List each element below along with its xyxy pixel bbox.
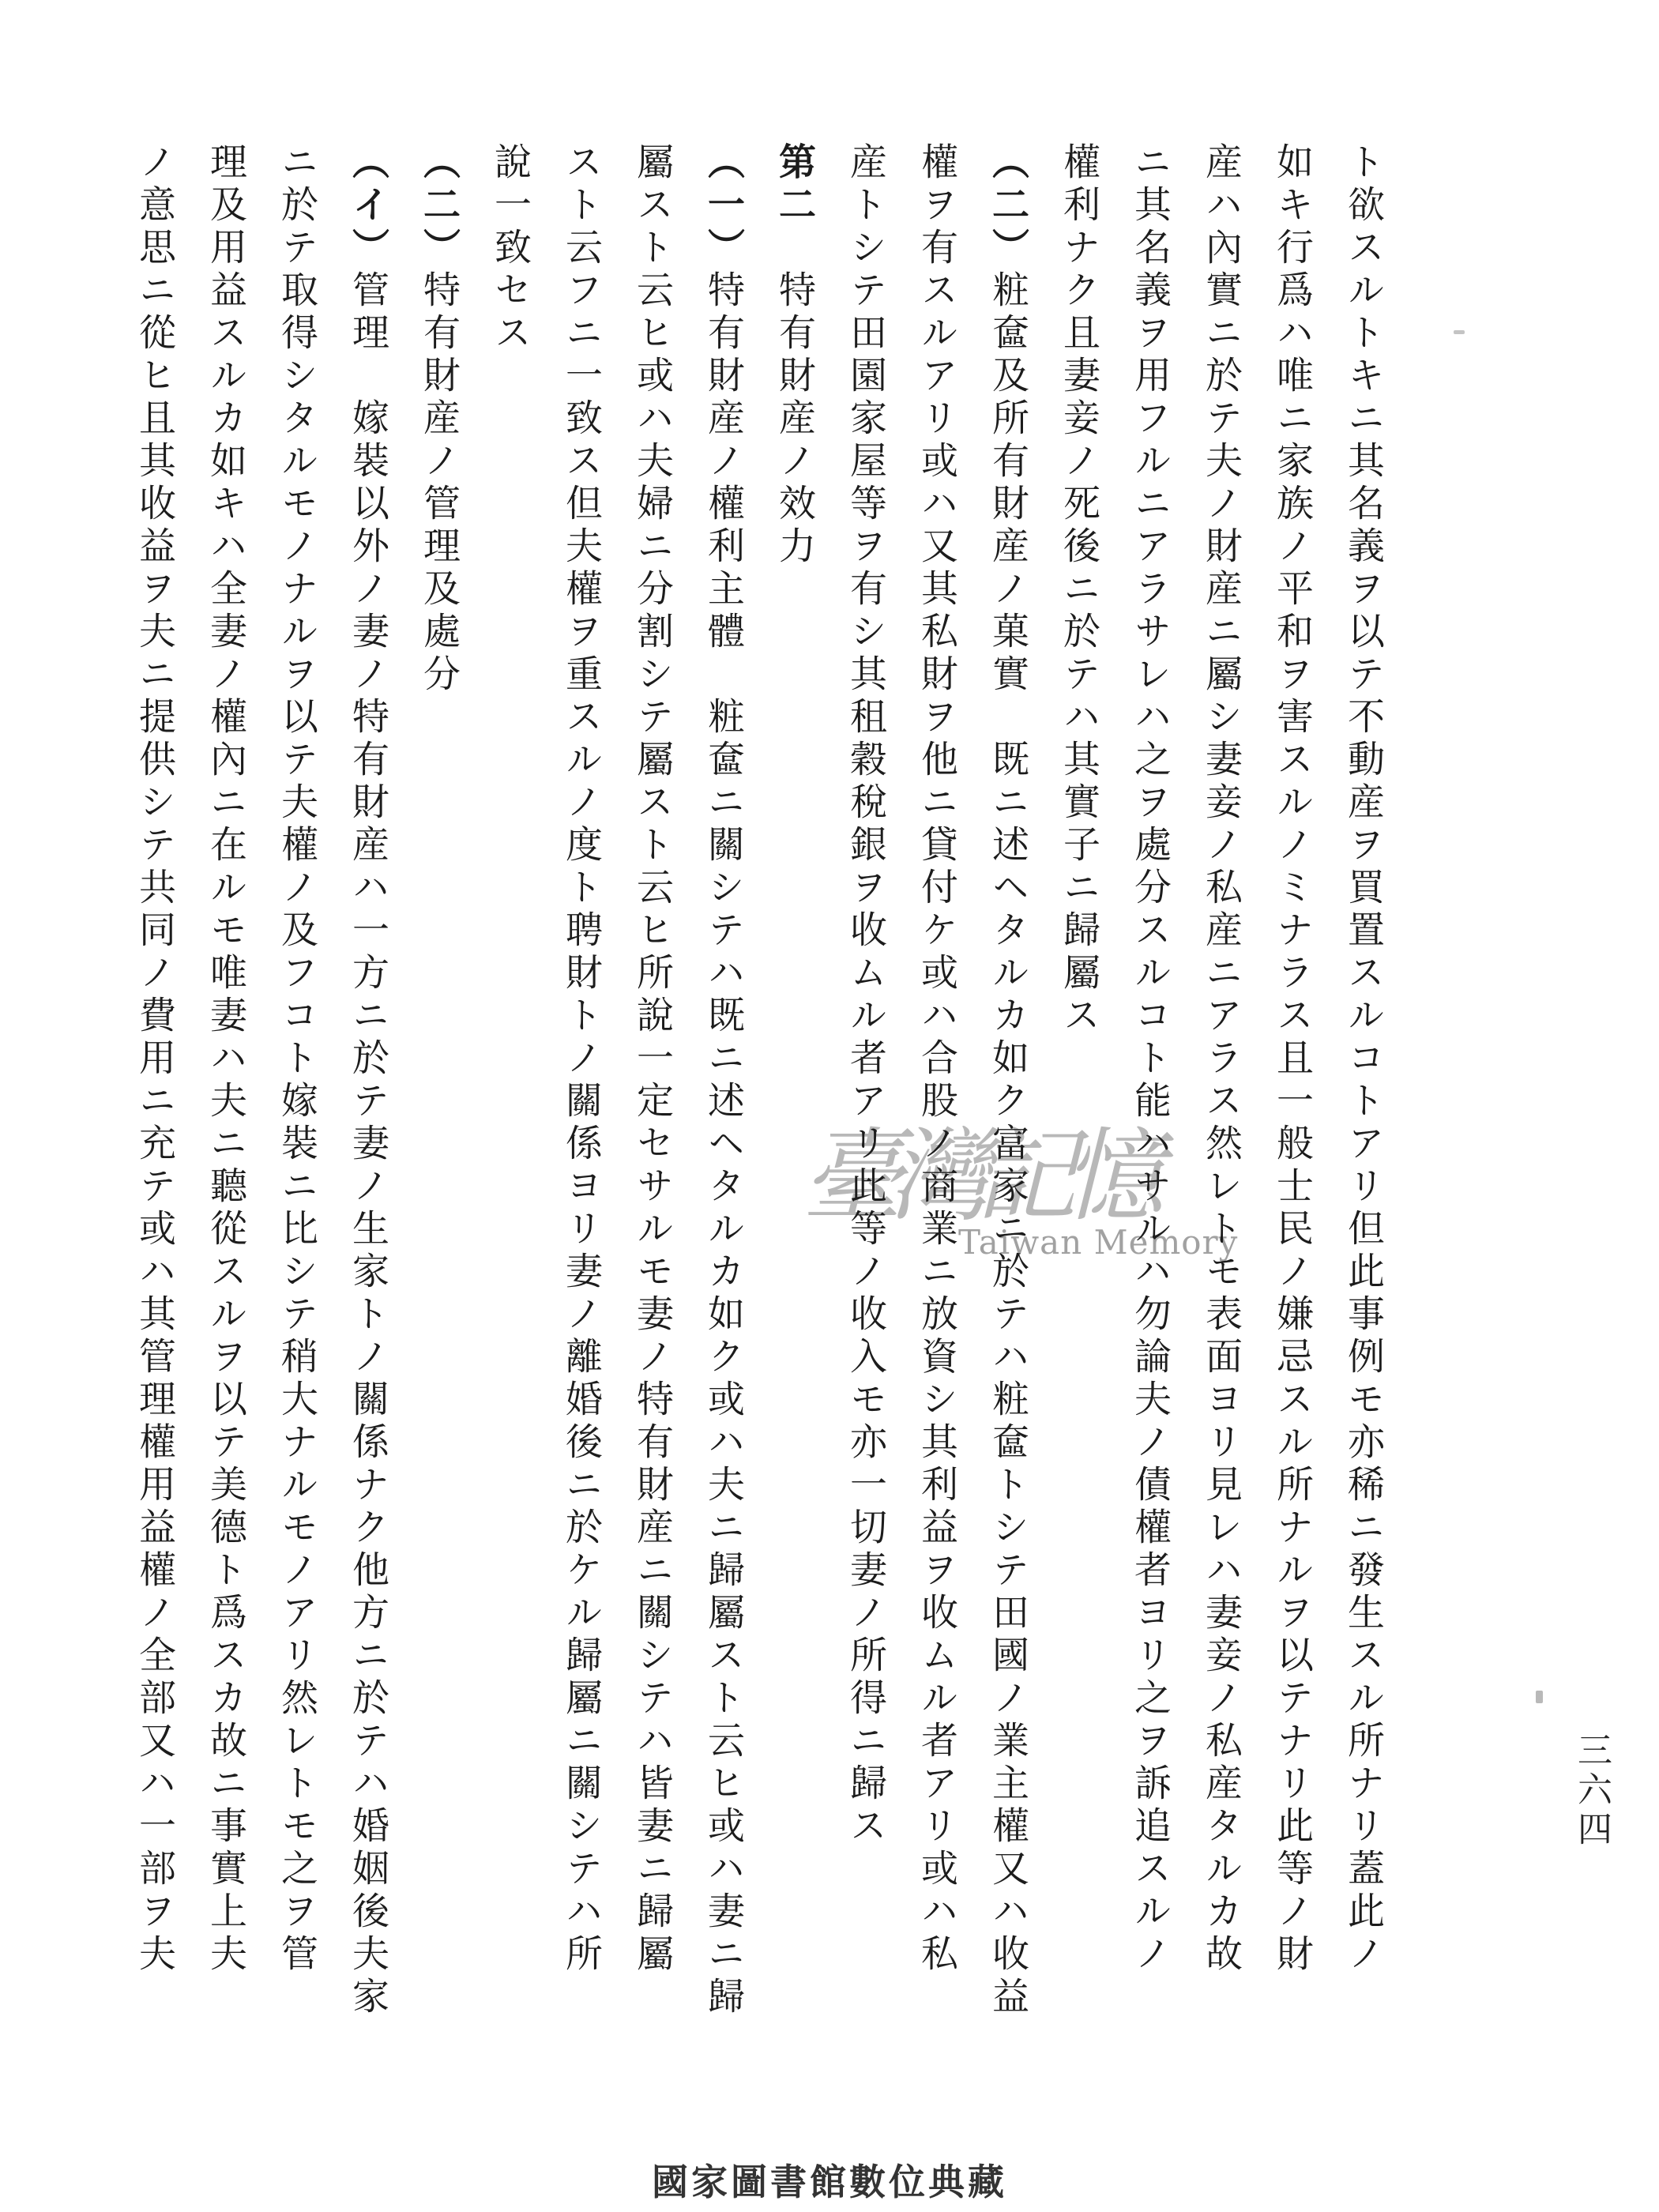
body-segment: 産ハ內實ニ於テ夫ノ財産ニ屬シ妻妾ノ私産ニアラス然レトモ表面ヨリ見レハ妻妾ノ私産タ… xyxy=(1199,142,1243,1977)
body-segment: 粧奩及所有財産ノ菓實 既ニ述ヘタルカ如ク富家ニ於テハ粧奩トシテ田國ノ業主權又ハ收… xyxy=(986,270,1029,2019)
text-column-15: （イ）管理 嫁裝以外ノ妻ノ特有財産ハ一方ニ於テ妻ノ生家トノ關係ナク他方ニ於テハ婚… xyxy=(332,142,403,2030)
scan-speck xyxy=(1454,330,1465,334)
text-column-17: 理及用益スルカ如キハ全妻ノ權內ニ在ルモ唯妻ハ夫ニ聽從スルヲ以テ美德ト爲スカ故ニ事… xyxy=(190,142,261,2030)
heading-segment: （イ） xyxy=(346,142,389,270)
body-segment: 說一致セス xyxy=(488,142,532,355)
body-segment: ニ其名義ヲ用フルニアラサレハ之ヲ處分スルコト能ハサルハ勿論夫ノ債權者ヨリ之ヲ訴追… xyxy=(1128,142,1172,1977)
text-column-4: ニ其名義ヲ用フルニアラサレハ之ヲ處分スルコト能ハサルハ勿論夫ノ債權者ヨリ之ヲ訴追… xyxy=(1114,142,1185,2030)
text-column-12: スト云フニ一致ス但夫權ヲ重スルノ度ト聘財トノ關係ヨリ妻ノ離婚後ニ於ケル歸屬ニ關シ… xyxy=(545,142,616,2030)
text-column-8: 産トシテ田園家屋等ヲ有シ其租穀稅銀ヲ收ムル者アリ此等ノ收入モ亦一切妻ノ所得ニ歸ス xyxy=(829,142,901,2030)
text-column-6: （二）粧奩及所有財産ノ菓實 既ニ述ヘタルカ如ク富家ニ於テハ粧奩トシテ田國ノ業主權… xyxy=(972,142,1043,2030)
archive-caption: 國家圖書館數位典藏 xyxy=(0,2154,1659,2206)
heading-segment: （一） xyxy=(702,142,745,270)
body-segment: 管理 嫁裝以外ノ妻ノ特有財産ハ一方ニ於テ妻ノ生家トノ關係ナク他方ニ於テハ婚姻後夫… xyxy=(346,270,389,2019)
body-segment: 特有財産ノ權利主體 粧奩ニ關シテハ既ニ述ヘタルカ如ク或ハ夫ニ歸屬スト云ヒ或ハ妻ニ… xyxy=(702,270,745,2019)
text-column-7: 權ヲ有スルアリ或ハ又其私財ヲ他ニ貸付ケ或ハ合股ノ商業ニ放資シ其利益ヲ收ムル者アリ… xyxy=(901,142,972,2030)
body-segment: 特有財産ノ效力 xyxy=(773,228,816,569)
body-segment: 權利ナク且妻妾ノ死後ニ於テハ其實子ニ歸屬ス xyxy=(1057,142,1100,1038)
body-segment: 理及用益スルカ如キハ全妻ノ權內ニ在ルモ唯妻ハ夫ニ聽從スルヲ以テ美德ト爲スカ故ニ事… xyxy=(204,142,247,1977)
text-column-13: 說一致セス xyxy=(474,142,545,2030)
body-segment: ノ意思ニ從ヒ且其收益ヲ夫ニ提供シテ共同ノ費用ニ充テ或ハ其管理權用益權ノ全部又ハ一… xyxy=(133,142,176,1977)
text-column-2: 如キ行爲ハ唯ニ家族ノ平和ヲ害スルノミナラス且一般士民ノ嫌忌スル所ナルヲ以テナリ此… xyxy=(1256,142,1327,2030)
page-number: 三六四 xyxy=(1566,1732,1616,1850)
body-segment: ニ於テ取得シタルモノナルヲ以テ夫權ノ及フコト嫁裝ニ比シテ稍大ナルモノアリ然レトモ… xyxy=(275,142,318,1977)
text-column-9: 第二 特有財産ノ效力 xyxy=(758,142,829,2030)
text-column-1: ト欲スルトキニ其名義ヲ以テ不動産ヲ買置スルコトアリ但此事例モ亦稀ニ發生スル所ナリ… xyxy=(1327,142,1398,2030)
body-segment: 特有財産ノ管理及處分 xyxy=(417,270,461,697)
text-column-11: 屬スト云ヒ或ハ夫婦ニ分割シテ屬スト云ヒ所說一定セサルモ妻ノ特有財産ニ關シテハ皆妻… xyxy=(616,142,687,2030)
body-segment: 産トシテ田園家屋等ヲ有シ其租穀稅銀ヲ收ムル者アリ此等ノ收入モ亦一切妻ノ所得ニ歸ス xyxy=(844,142,887,1849)
text-column-14: （二）特有財産ノ管理及處分 xyxy=(403,142,474,2030)
body-segment: 權ヲ有スルアリ或ハ又其私財ヲ他ニ貸付ケ或ハ合股ノ商業ニ放資シ其利益ヲ收ムル者アリ… xyxy=(915,142,958,1977)
heading-segment: （二） xyxy=(417,142,461,270)
scan-speck xyxy=(1536,1691,1543,1703)
text-column-5: 權利ナク且妻妾ノ死後ニ於テハ其實子ニ歸屬ス xyxy=(1043,142,1114,2030)
text-block: ト欲スルトキニ其名義ヲ以テ不動産ヲ買置スルコトアリ但此事例モ亦稀ニ發生スル所ナリ… xyxy=(118,142,1398,2030)
body-segment: ト欲スルトキニ其名義ヲ以テ不動産ヲ買置スルコトアリ但此事例モ亦稀ニ發生スル所ナリ… xyxy=(1341,142,1385,1977)
body-segment: スト云フニ一致ス但夫權ヲ重スルノ度ト聘財トノ關係ヨリ妻ノ離婚後ニ於ケル歸屬ニ關シ… xyxy=(559,142,603,1977)
heading-segment: （二） xyxy=(986,142,1029,270)
heading-segment: 第二 xyxy=(773,142,816,228)
text-column-3: 産ハ內實ニ於テ夫ノ財産ニ屬シ妻妾ノ私産ニアラス然レトモ表面ヨリ見レハ妻妾ノ私産タ… xyxy=(1185,142,1256,2030)
body-segment: 如キ行爲ハ唯ニ家族ノ平和ヲ害スルノミナラス且一般士民ノ嫌忌スル所ナルヲ以テナリ此… xyxy=(1270,142,1314,1977)
text-column-18: ノ意思ニ從ヒ且其收益ヲ夫ニ提供シテ共同ノ費用ニ充テ或ハ其管理權用益權ノ全部又ハ一… xyxy=(118,142,190,2030)
scanned-document-page: 臺灣記憶 Taiwan Memory ト欲スルトキニ其名義ヲ以テ不動産ヲ買置スル… xyxy=(0,0,1659,2212)
text-column-16: ニ於テ取得シタルモノナルヲ以テ夫權ノ及フコト嫁裝ニ比シテ稍大ナルモノアリ然レトモ… xyxy=(261,142,332,2030)
body-segment: 屬スト云ヒ或ハ夫婦ニ分割シテ屬スト云ヒ所說一定セサルモ妻ノ特有財産ニ關シテハ皆妻… xyxy=(630,142,674,1977)
text-column-10: （一）特有財産ノ權利主體 粧奩ニ關シテハ既ニ述ヘタルカ如ク或ハ夫ニ歸屬スト云ヒ或… xyxy=(687,142,758,2030)
